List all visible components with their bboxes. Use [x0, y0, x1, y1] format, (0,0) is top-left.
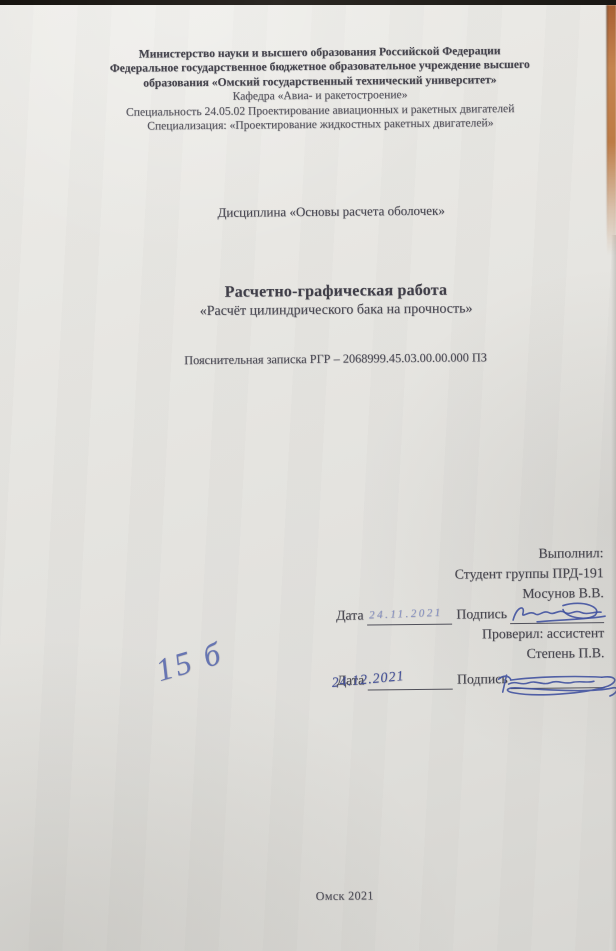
- photographed-title-page: Министерство науки и высшего образования…: [0, 0, 616, 951]
- city-year-line: Омск 2021: [8, 886, 616, 907]
- student-group: Студент группы ПРД-191: [336, 563, 604, 586]
- paper-right-shadow: [611, 235, 616, 951]
- handwritten-grade-annotation: 15 б: [152, 634, 228, 689]
- signature-blank-line: [510, 608, 604, 624]
- executor-signature: [506, 599, 608, 628]
- checker-signature: [495, 666, 616, 701]
- date-blank-line: 24.12.2021: [367, 675, 453, 691]
- explanatory-note-code: Пояснительная записка РГР – 2068999.45.0…: [3, 349, 616, 370]
- paper-edge-line: [606, 5, 608, 240]
- university-header: Министерство науки и высшего образования…: [0, 43, 616, 135]
- date-label: Дата: [336, 605, 364, 625]
- document-content: Министерство науки и высшего образования…: [0, 0, 616, 951]
- date-blank-line: 24.11.2021: [366, 610, 452, 626]
- handwritten-date-executor: 24.11.2021: [368, 603, 442, 626]
- photo-dark-top-edge: [0, 0, 616, 5]
- executor-date-signature-row: Дата 24.11.2021 Подпись: [336, 603, 604, 626]
- signature-blank-line: [511, 673, 605, 689]
- checker-name: Степень П.В.: [336, 643, 604, 666]
- work-subtitle: «Расчёт цилиндрического бака на прочност…: [2, 300, 616, 322]
- checker-date-signature-row: Дата 24.12.2021 Подпись: [337, 668, 605, 691]
- table-edge: [607, 5, 616, 255]
- signature-block: Выполнил: Студент группы ПРД-191 Мосунов…: [335, 543, 604, 691]
- signature-label: Подпись: [456, 604, 507, 624]
- discipline-line: Дисциплина «Основы расчета оболочек»: [1, 201, 616, 223]
- executed-label: Выполнил:: [335, 543, 603, 566]
